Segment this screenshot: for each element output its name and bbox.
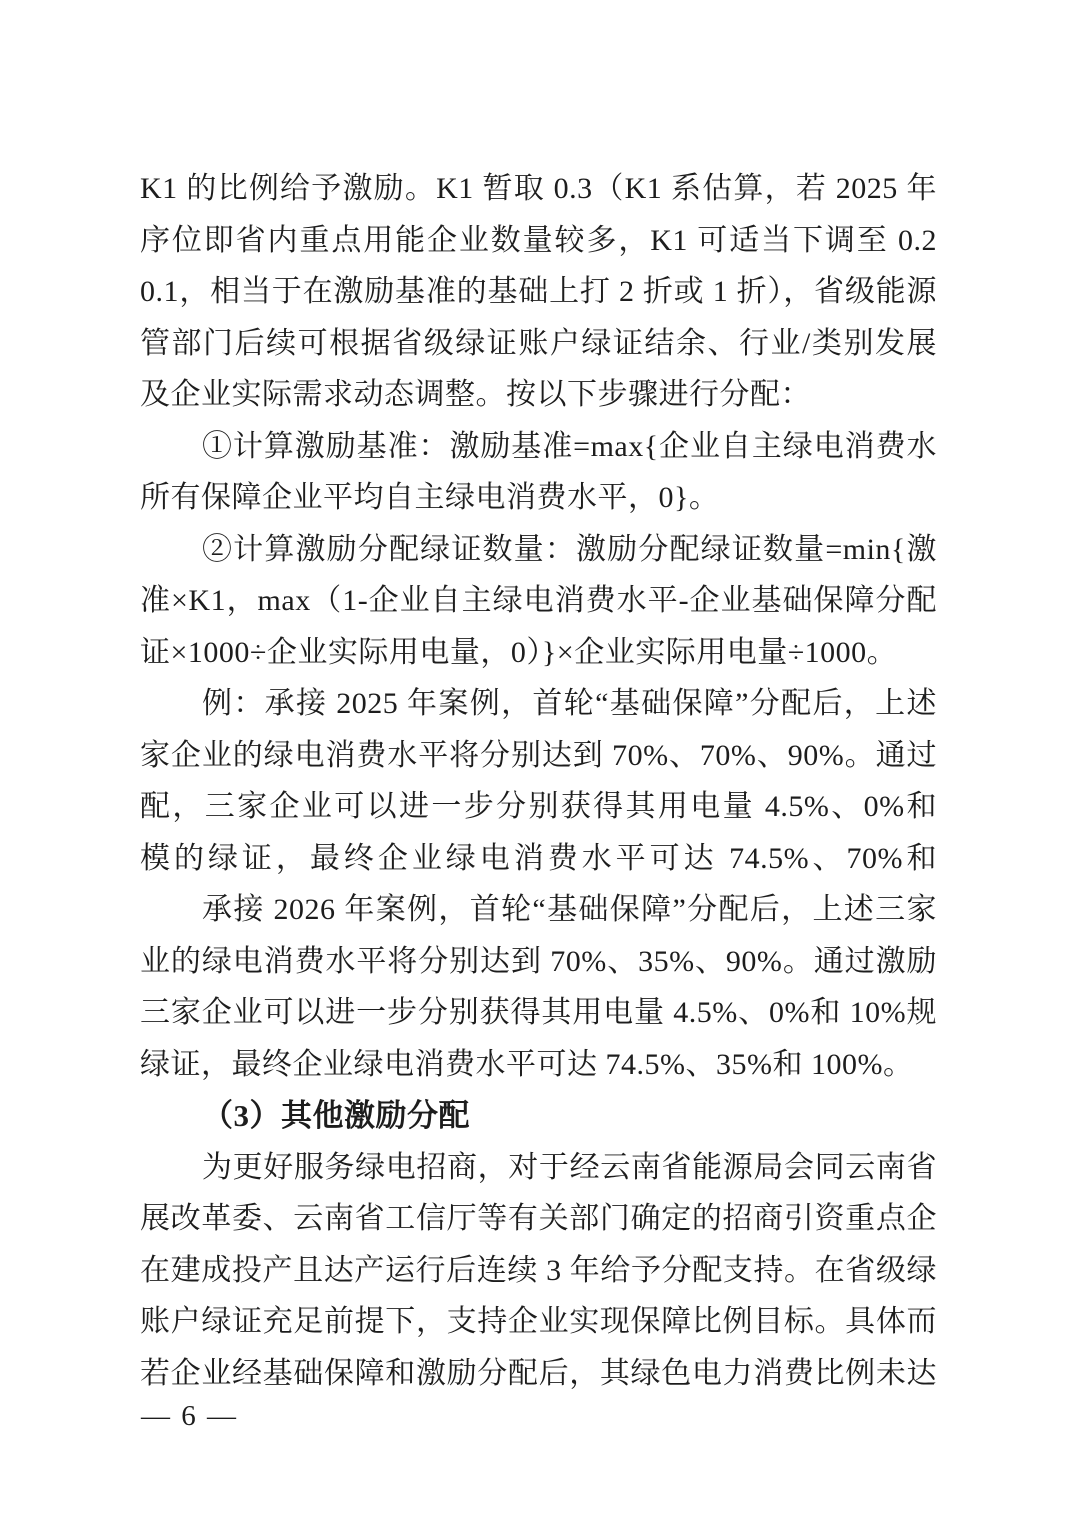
text-line: ①计算激励基准：激励基准=max{企业自主绿电消费水平-: [140, 421, 937, 473]
text-line: 业的绿电消费水平将分别达到 70%、35%、90%。通过激励分配，: [140, 936, 937, 988]
text-block: K1 的比例给予激励。K1 暂取 0.3（K1 系估算，若 2025 年第二序位…: [140, 163, 937, 1399]
document-page: K1 的比例给予激励。K1 暂取 0.3（K1 系估算，若 2025 年第二序位…: [0, 0, 1080, 1527]
text-line: 承接 2026 年案例，首轮“基础保障”分配后，上述三家企: [140, 884, 937, 936]
text-line: 所有保障企业平均自主绿电消费水平，0}。: [140, 472, 937, 524]
page-number: — 6 —: [141, 1396, 238, 1436]
text-line: 绿证，最终企业绿电消费水平可达 74.5%、35%和 100%。: [140, 1039, 937, 1091]
para-step2-incentive-certificate-quantity: ②计算激励分配绿证数量：激励分配绿证数量=min{激励基准×K1，max（1-企…: [140, 524, 937, 679]
text-line: 配，三家企业可以进一步分别获得其用电量 4.5%、0%和 10%规: [140, 781, 937, 833]
text-line: 管部门后续可根据省级绿证账户绿证结余、行业/类别发展阶段: [140, 318, 937, 370]
text-line: 准×K1，max（1-企业自主绿电消费水平-企业基础保障分配绿: [140, 575, 937, 627]
heading-other-incentive-allocation: （3）其他激励分配: [140, 1090, 937, 1142]
text-line: ②计算激励分配绿证数量：激励分配绿证数量=min{激励基: [140, 524, 937, 576]
para-k1-incentive-continuation: K1 的比例给予激励。K1 暂取 0.3（K1 系估算，若 2025 年第二序位…: [140, 163, 937, 421]
text-line: 序位即省内重点用能企业数量较多，K1 可适当下调至 0.2 或: [140, 215, 937, 267]
text-line: 若企业经基础保障和激励分配后，其绿色电力消费比例未达到: [140, 1348, 937, 1400]
text-line: 展改革委、云南省工信厅等有关部门确定的招商引资重点企业，: [140, 1193, 937, 1245]
text-line: K1 的比例给予激励。K1 暂取 0.3（K1 系估算，若 2025 年第二: [140, 163, 937, 215]
para-investment-promotion-support: 为更好服务绿电招商，对于经云南省能源局会同云南省发展改革委、云南省工信厅等有关部…: [140, 1142, 937, 1400]
para-example-2025-case: 例：承接 2025 年案例，首轮“基础保障”分配后，上述三家企业的绿电消费水平将…: [140, 678, 937, 884]
text-line: 三家企业可以进一步分别获得其用电量 4.5%、0%和 10%规模的: [140, 987, 937, 1039]
para-step1-incentive-benchmark: ①计算激励基准：激励基准=max{企业自主绿电消费水平-所有保障企业平均自主绿电…: [140, 421, 937, 524]
text-line: 在建成投产且达产运行后连续 3 年给予分配支持。在省级绿证: [140, 1245, 937, 1297]
text-line: 模的绿证，最终企业绿电消费水平可达 74.5%、70%和 100%。: [140, 833, 937, 885]
text-line: 为更好服务绿电招商，对于经云南省能源局会同云南省发: [140, 1142, 937, 1194]
para-example-2026-case: 承接 2026 年案例，首轮“基础保障”分配后，上述三家企业的绿电消费水平将分别…: [140, 884, 937, 1090]
text-line: 及企业实际需求动态调整。按以下步骤进行分配：: [140, 369, 937, 421]
text-line: （3）其他激励分配: [140, 1090, 937, 1142]
text-line: 账户绿证充足前提下，支持企业实现保障比例目标。具体而言，: [140, 1296, 937, 1348]
text-line: 家企业的绿电消费水平将分别达到 70%、70%、90%。通过激励分: [140, 730, 937, 782]
text-line: 证×1000÷企业实际用电量，0）}×企业实际用电量÷1000。: [140, 627, 937, 679]
text-line: 例：承接 2025 年案例，首轮“基础保障”分配后，上述三: [140, 678, 937, 730]
text-line: 0.1，相当于在激励基准的基础上打 2 折或 1 折），省级能源主: [140, 266, 937, 318]
